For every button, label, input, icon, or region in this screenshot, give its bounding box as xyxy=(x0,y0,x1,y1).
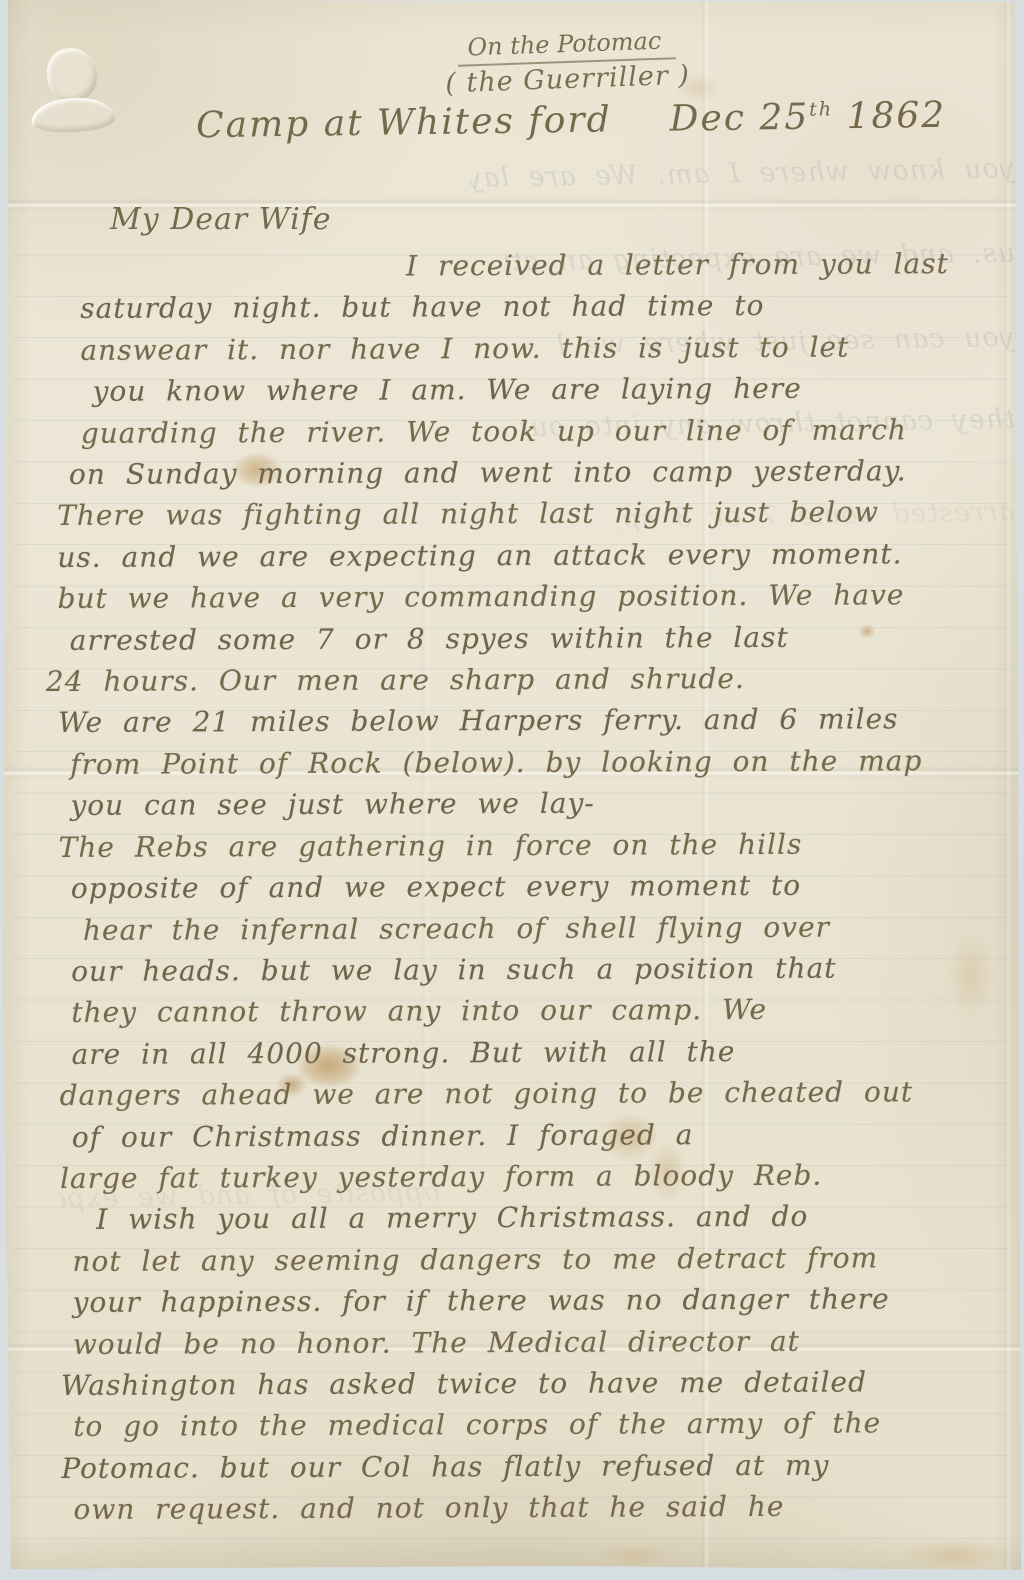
embossed-seal-crest xyxy=(46,47,99,104)
letter-line: arrested some 7 or 8 spyes within the la… xyxy=(70,616,1006,661)
letter-line: 24 hours. Our men are sharp and shrude. xyxy=(46,657,1006,703)
letter-body: I received a letter from you last saturd… xyxy=(54,243,1010,1531)
letter-line: dangers ahead we are not going to be che… xyxy=(60,1071,1008,1117)
bleedthrough-writing: you know where I am. We are laying here xyxy=(470,153,1015,194)
stain-spot xyxy=(600,1544,670,1566)
letter-line: opposite of and we expect every moment t… xyxy=(71,864,1007,909)
dateline-year: 1862 xyxy=(846,95,946,137)
embossed-seal-mound xyxy=(30,96,116,134)
letter-line: I received a letter from you last xyxy=(406,243,1004,287)
stain-spot xyxy=(900,1540,1010,1570)
top-annotation: On the Potomac ( the Guerriller ) xyxy=(401,24,733,100)
dateline-place: Camp at Whites ford xyxy=(196,99,612,146)
letter-line: We are 21 miles below Harpers ferry. and… xyxy=(58,698,1006,744)
letter-line: Washington has asked twice to have me de… xyxy=(61,1361,1009,1407)
letter-line: to go into the medical corps of the army… xyxy=(73,1402,1009,1447)
letter-line: hear the infernal screach of shell flyin… xyxy=(83,905,1007,950)
letter-line: they cannot throw any into our camp. We xyxy=(71,988,1007,1033)
letter-line: guarding the river. We took up our line … xyxy=(81,408,1005,453)
letter-line: on Sunday morning and went into camp yes… xyxy=(69,450,1005,495)
letter-line: you know where I am. We are laying here xyxy=(93,367,1005,412)
letter-line: saturday night. but have not had time to xyxy=(80,284,1004,329)
letter-line: from Point of Rock (below). by looking o… xyxy=(70,740,1006,785)
dateline: Camp at Whites fordDec 25th 1862 xyxy=(196,95,947,146)
dateline-date: Dec 25 xyxy=(669,97,809,140)
letter-line: own request. and not only that he said h… xyxy=(73,1485,1009,1530)
letter-line: not let any seeming dangers to me detrac… xyxy=(72,1237,1008,1282)
letter-line: large fat turkey yesterday form a bloody… xyxy=(60,1154,1008,1200)
embossed-seal xyxy=(26,42,121,141)
letter-line: Potomac. but our Col has flatly refused … xyxy=(61,1444,1009,1490)
letter-line: The Rebs are gathering in force on the h… xyxy=(59,823,1007,869)
letter-line: but we have a very commanding position. … xyxy=(57,574,1005,620)
letter-line: are in all 4000 strong. But with all the xyxy=(71,1030,1007,1075)
letter-line: our heads. but we lay in such a position… xyxy=(71,947,1007,992)
letter-line: I wish you all a merry Christmass. and d… xyxy=(96,1195,1008,1240)
letter-paper: you know where I am. We are laying here … xyxy=(0,0,1024,1580)
letter-line: of our Christmass dinner. I foraged a xyxy=(72,1112,1008,1157)
letter-line: you can see just where we lay- xyxy=(70,781,1006,826)
letter-line: answear it. nor have I now. this is just… xyxy=(80,326,1004,371)
dateline-superscript: th xyxy=(809,98,833,120)
salutation: My Dear Wife xyxy=(110,202,332,237)
letter-line: There was fighting all night last night … xyxy=(57,491,1005,537)
letter-line: your happiness. for if there was no dang… xyxy=(73,1278,1009,1323)
letter-line: us. and we are expecting an attack every… xyxy=(57,533,1005,579)
letter-line: would be no honor. The Medical director … xyxy=(73,1319,1009,1364)
